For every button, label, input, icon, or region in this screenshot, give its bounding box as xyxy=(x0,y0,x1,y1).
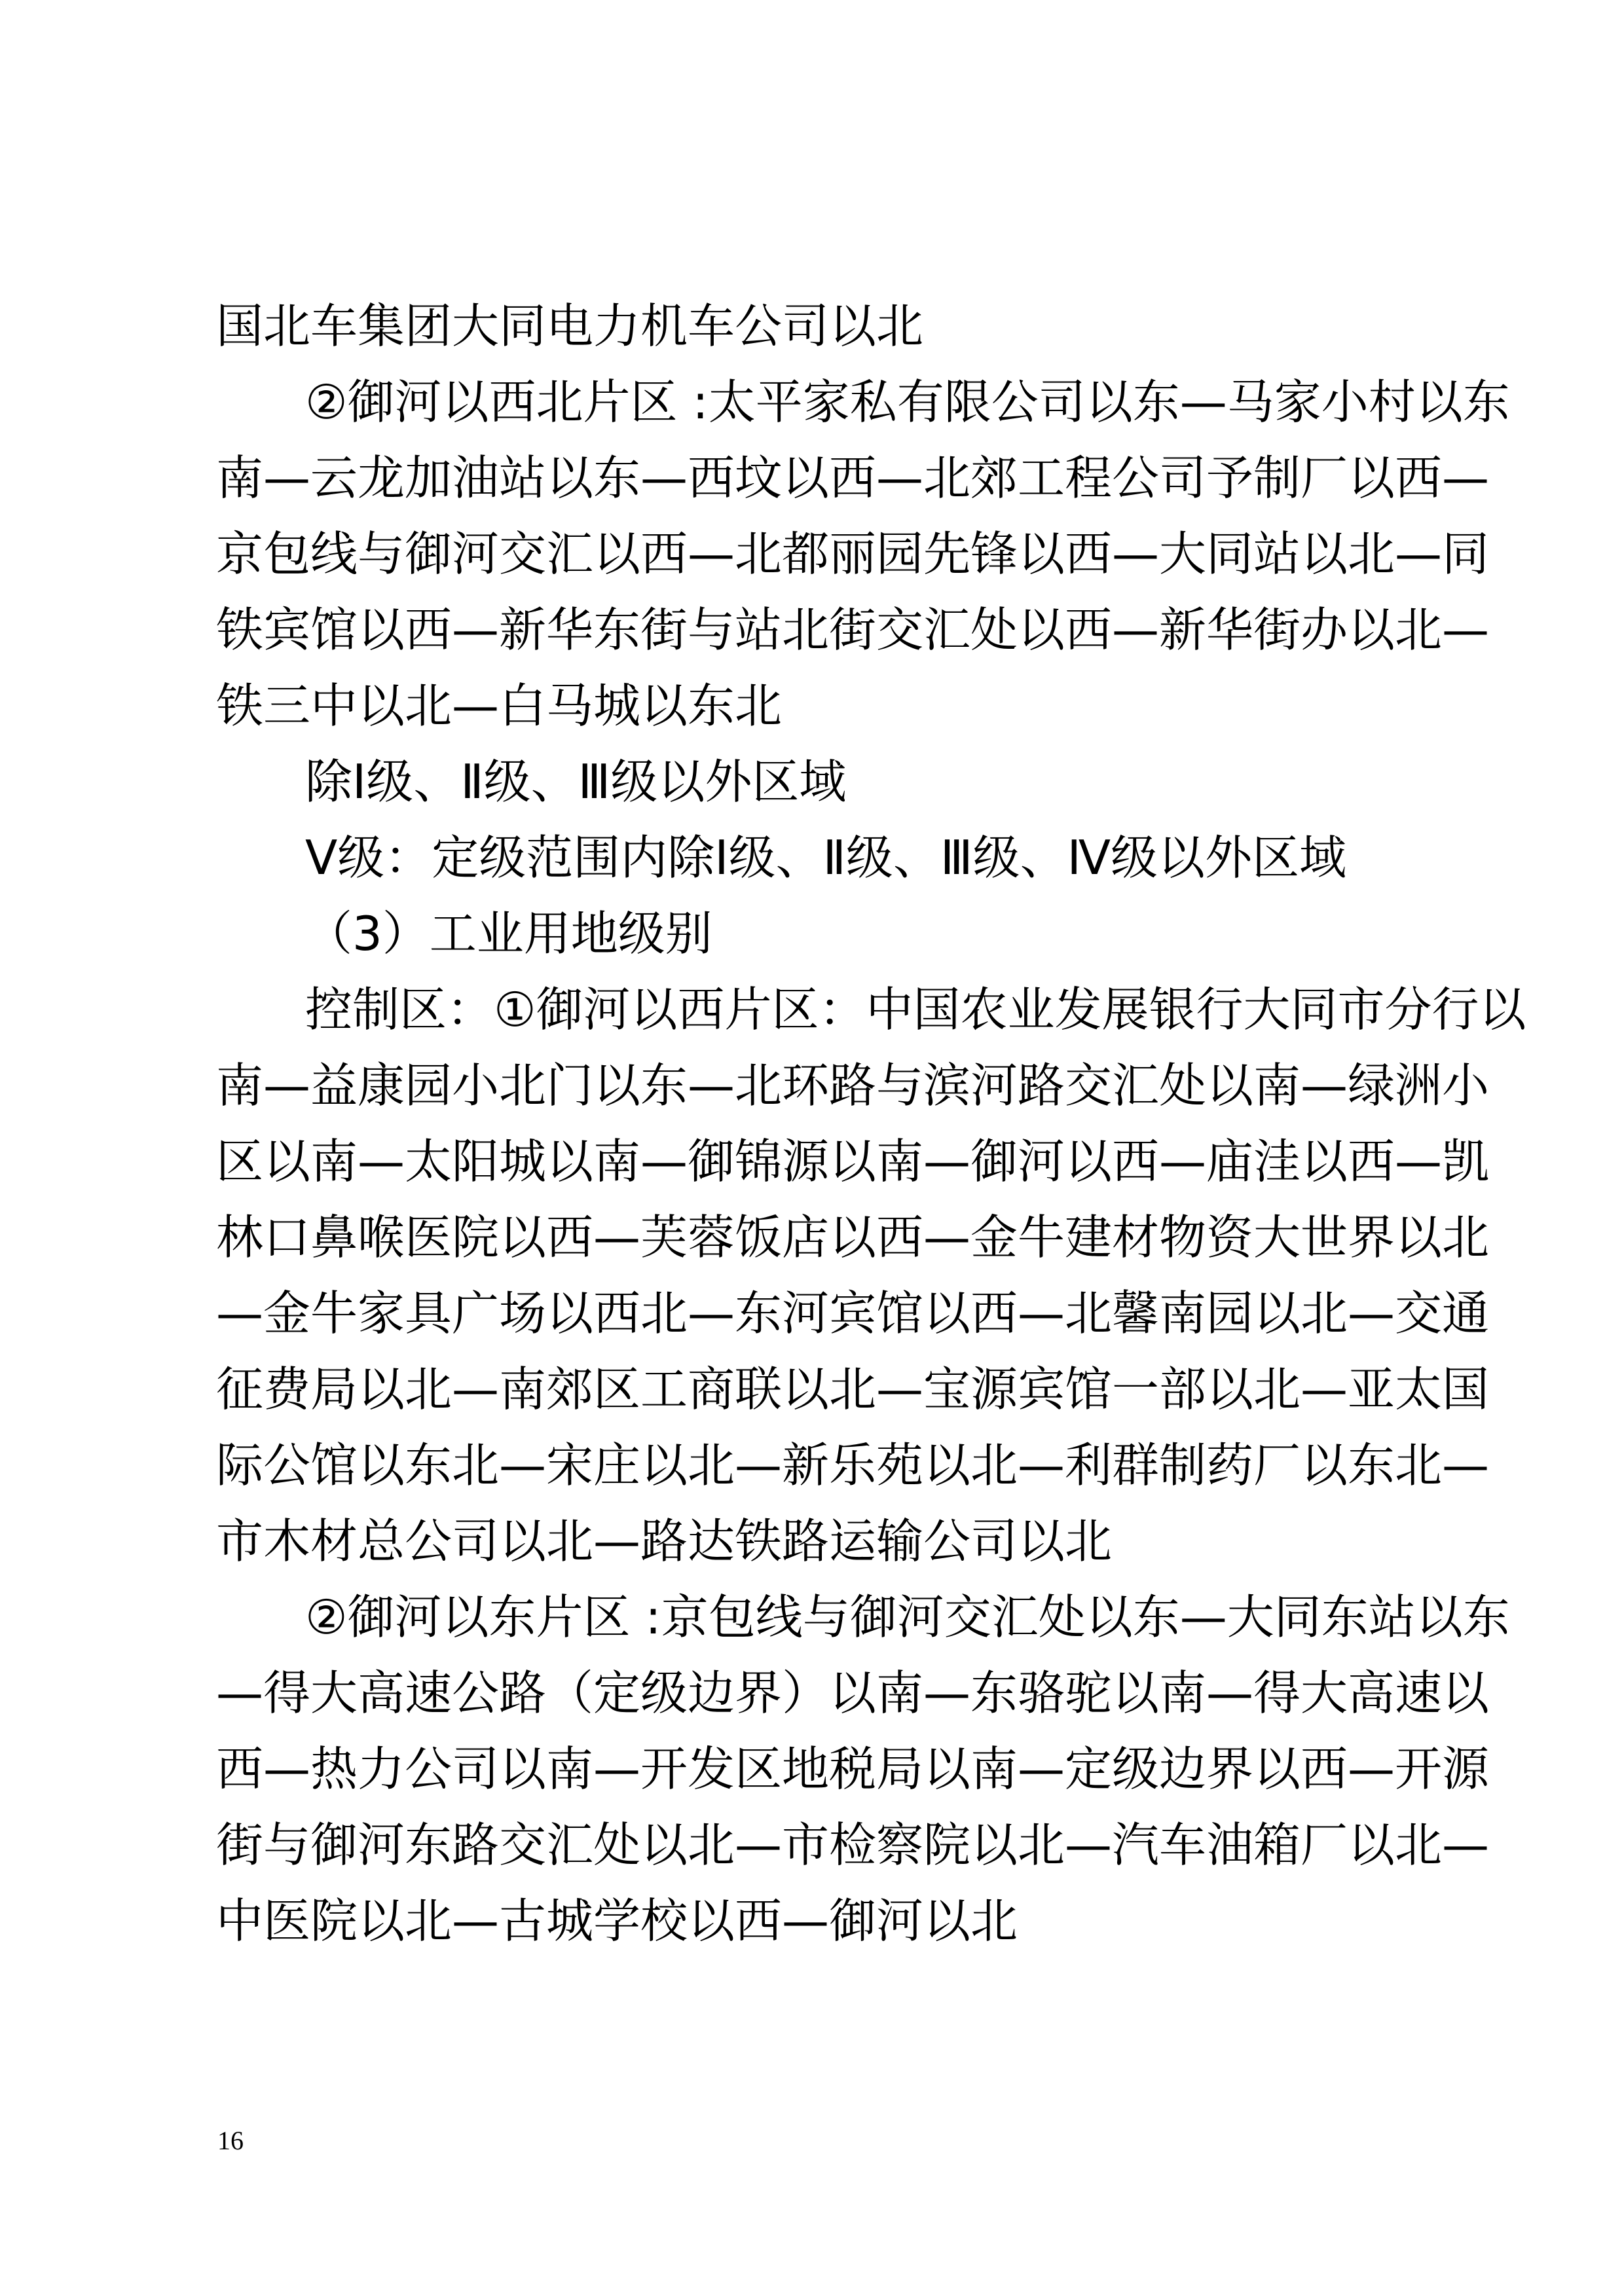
text-line: 市木材总公司以北—路达铁路运输公司以北 xyxy=(216,1503,1418,1579)
text-line: 铁三中以北—白马城以东北 xyxy=(216,668,1418,744)
text-line: 国北车集团大同电力机车公司以北 xyxy=(216,288,1418,364)
text-line: 征费局以北—南郊区工商联以北—宝源宾馆一部以北—亚太国 xyxy=(216,1351,1418,1427)
text-line: 西—热力公司以南—开发区地税局以南—定级边界以西—开源 xyxy=(216,1731,1418,1807)
text-line: Ⅴ级：定级范围内除Ⅰ级、Ⅱ级、Ⅲ级、Ⅳ级以外区域 xyxy=(216,820,1418,896)
text-line: 街与御河东路交汇处以北—市检察院以北—汽车油箱厂以北— xyxy=(216,1807,1418,1883)
text-line: —金牛家具广场以西北—东河宾馆以西—北馨南园以北—交通 xyxy=(216,1275,1418,1351)
text-line: 除Ⅰ级、Ⅱ级、Ⅲ级以外区域 xyxy=(216,744,1418,820)
section-heading: （3）工业用地级别 xyxy=(216,896,1418,972)
text-line: —得大高速公路（定级边界）以南—东骆驼以南—得大高速以 xyxy=(216,1655,1418,1731)
text-line: 铁宾馆以西—新华东街与站北街交汇处以西—新华街办以北— xyxy=(216,592,1418,668)
text-line: 际公馆以东北—宋庄以北—新乐苑以北—利群制药厂以东北— xyxy=(216,1427,1418,1503)
page-number: 16 xyxy=(217,2125,244,2157)
text-line: ②御河以西北片区 :太平家私有限公司以东—马家小村以东 xyxy=(216,364,1418,440)
text-line: 京包线与御河交汇以西—北都丽园先锋以西—大同站以北—同 xyxy=(216,516,1418,592)
text-line: 控制区：①御河以西片区：中国农业发展银行大同市分行以 xyxy=(216,972,1418,1048)
text-line: 区以南—太阳城以南—御锦源以南—御河以西—庙洼以西—凯 xyxy=(216,1123,1418,1199)
text-line: ②御河以东片区 :京包线与御河交汇处以东—大同东站以东 xyxy=(216,1579,1418,1655)
text-line: 林口鼻喉医院以西—芙蓉饭店以西—金牛建材物资大世界以北 xyxy=(216,1199,1418,1275)
text-line: 南—云龙加油站以东—西坟以西—北郊工程公司予制厂以西— xyxy=(216,440,1418,516)
document-body: 国北车集团大同电力机车公司以北 ②御河以西北片区 :太平家私有限公司以东—马家小… xyxy=(216,288,1418,1959)
text-line: 中医院以北—古城学校以西—御河以北 xyxy=(216,1883,1418,1959)
text-line: 南—益康园小北门以东—北环路与滨河路交汇处以南—绿洲小 xyxy=(216,1048,1418,1123)
